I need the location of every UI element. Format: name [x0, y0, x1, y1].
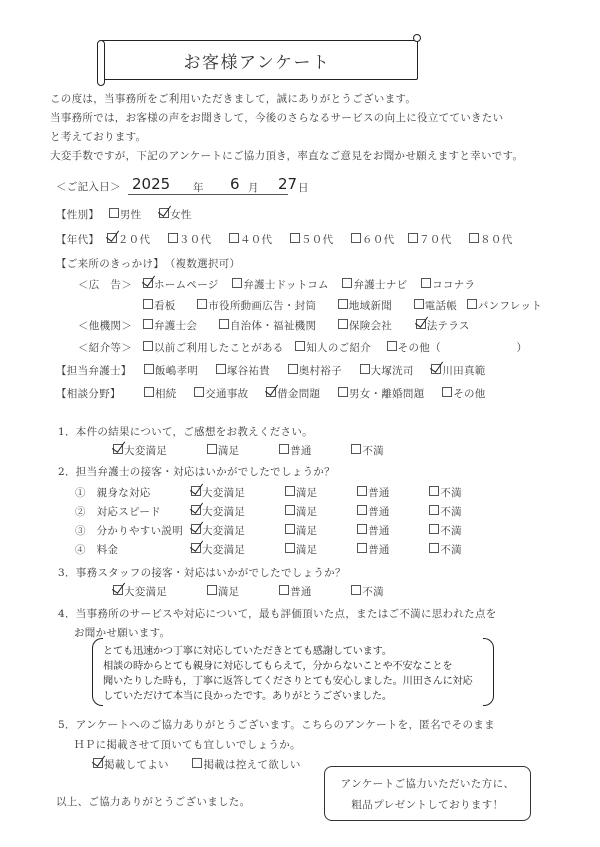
q3-option-very-satisfied[interactable]: 大変満足	[113, 584, 167, 599]
intro-line-2: 当事務所では，お客様の声をお聞きして，今後のさらなるサービスの向上に役立てていき…	[50, 110, 503, 125]
option-acquaintance[interactable]: 知人のご紹介	[295, 340, 371, 355]
checkbox[interactable]	[295, 341, 305, 351]
reason-other-org-row: 弁護士会 自治体・福祉機関 保険会社 法テラス	[143, 318, 470, 333]
reason-ad-row2: 看板 市役所動画広告・封筒 地域新聞 電話帳 パンフレット	[143, 298, 542, 313]
option-coconala[interactable]: ココナラ	[421, 277, 475, 292]
q3-option-satisfied[interactable]: 満足	[207, 584, 240, 599]
q2-r4-satisfied[interactable]: 満足	[285, 542, 318, 557]
checkbox[interactable]	[429, 524, 439, 534]
checkbox[interactable]	[219, 319, 229, 329]
reason-heading: 【ご来所のきっかけ】（複数選択可）	[56, 256, 240, 271]
checkbox-checked[interactable]	[431, 364, 441, 374]
present-line-1: アンケートご協力いただいた方に、	[325, 776, 530, 791]
checkbox[interactable]	[442, 387, 452, 397]
checkbox[interactable]	[279, 444, 289, 454]
option-previous-use[interactable]: 以前ご利用したことがある	[143, 340, 284, 355]
lawyer-option-okumura[interactable]: 奥村裕子	[288, 363, 342, 378]
checkbox-checked[interactable]	[113, 585, 123, 595]
q5-option-decline[interactable]: 掲載は控えて欲しい	[192, 757, 300, 772]
q5-question-line1: 5．アンケートへのご協力ありがとうございます。こちらのアンケートを，匿名でそのま…	[58, 717, 495, 732]
age-option-30s[interactable]: ３０代	[168, 232, 211, 247]
answer-line: とても迅速かつ丁寧に対応していただきとても感謝しています。	[103, 642, 392, 657]
q3-option-dissatisfied[interactable]: 不満	[351, 584, 384, 599]
field-label: 【相談分野】	[56, 386, 121, 401]
checkbox[interactable]	[143, 319, 153, 329]
q2-r4-neutral[interactable]: 普通	[357, 542, 390, 557]
checkbox-checked[interactable]	[191, 505, 201, 515]
date-field[interactable]: 2025 年 6 月 27 日	[128, 178, 288, 195]
checkbox-checked[interactable]	[266, 387, 276, 397]
q2-r2-satisfied[interactable]: 満足	[285, 504, 318, 519]
checkbox[interactable]	[285, 543, 295, 553]
q2-r4-dissatisfied[interactable]: 不満	[429, 542, 462, 557]
checkbox[interactable]	[109, 208, 119, 218]
checkbox[interactable]	[408, 233, 418, 243]
field-option-debt[interactable]: 借金問題	[266, 386, 320, 401]
intro-line-1: この度は，当事務所をご利用いただきまして，誠にありがとうございます。	[50, 91, 416, 106]
checkbox[interactable]	[207, 444, 217, 454]
q2-r4-very-satisfied[interactable]: 大変満足	[191, 542, 245, 557]
q4-question-line2: お聞かせ願います。	[74, 625, 170, 640]
option-pamphlet[interactable]: パンフレット	[467, 298, 542, 313]
q2-question: 2．担当弁護士の接客・対応はいかがでしたでしょうか？	[58, 464, 335, 479]
option-homepage[interactable]: ホームページ	[143, 277, 219, 292]
q2-r1-dissatisfied[interactable]: 不満	[429, 485, 462, 500]
scroll-roll-right	[413, 34, 421, 42]
checkbox[interactable]	[285, 486, 295, 496]
checkbox[interactable]	[232, 278, 242, 288]
field-option-other[interactable]: その他	[442, 386, 485, 401]
checkbox[interactable]	[429, 486, 439, 496]
gender-option-male[interactable]: 男性	[109, 207, 142, 222]
gender-section: 【性別】 男性 女性	[56, 207, 192, 222]
q1-option-very-satisfied[interactable]: 大変満足	[113, 443, 167, 458]
checkbox-checked[interactable]	[159, 208, 169, 218]
checkbox-checked[interactable]	[191, 486, 201, 496]
checkbox[interactable]	[357, 543, 367, 553]
q2-row-label: ① 親身な対応	[75, 485, 151, 500]
checkbox[interactable]	[192, 758, 202, 768]
closing-text: 以上、ご協力ありがとうございました。	[56, 794, 250, 809]
answer-line: 聞いたりした時も，丁寧に返答してくださりとても安心しました。川田さんに対応	[103, 672, 473, 687]
reason-ad-label: ＜広 告＞	[78, 277, 132, 292]
title-banner: お客様アンケート	[97, 38, 417, 83]
q2-row-label: ④ 料金	[75, 542, 118, 557]
present-notice-box: アンケートご協力いただいた方に、 粗品プレゼントしております！	[324, 766, 531, 821]
reason-other-org-label: ＜他機関＞	[78, 318, 132, 333]
date-year: 2025	[132, 175, 170, 193]
checkbox[interactable]	[357, 486, 367, 496]
q2-r1-very-satisfied[interactable]: 大変満足	[191, 485, 245, 500]
lawyer-label: 【担当弁護士】	[56, 363, 132, 378]
q2-r3-satisfied[interactable]: 満足	[285, 523, 318, 538]
option-city-hall-ad[interactable]: 市役所動画広告・封筒	[197, 298, 316, 313]
q1-options: 大変満足 満足 普通 不満	[113, 443, 384, 458]
date-label: ＜ご記入日＞	[56, 179, 121, 194]
q2-r1-satisfied[interactable]: 満足	[285, 485, 318, 500]
checkbox[interactable]	[168, 233, 178, 243]
date-day: 27	[278, 175, 297, 193]
age-option-40s[interactable]: ４０代	[229, 232, 272, 247]
checkbox[interactable]	[469, 233, 479, 243]
q2-r3-very-satisfied[interactable]: 大変満足	[191, 523, 245, 538]
age-option-20s[interactable]: ２０代	[107, 232, 150, 247]
checkbox-checked[interactable]	[93, 758, 103, 768]
checkbox[interactable]	[357, 524, 367, 534]
q2-r3-dissatisfied[interactable]: 不満	[429, 523, 462, 538]
checkbox[interactable]	[290, 233, 300, 243]
q3-option-neutral[interactable]: 普通	[279, 584, 312, 599]
q2-row-label: ③ 分かりやすい説明	[75, 523, 183, 538]
checkbox[interactable]	[194, 387, 204, 397]
option-bar-association[interactable]: 弁護士会	[143, 318, 197, 333]
checkbox[interactable]	[421, 278, 431, 288]
comment-bracket-left	[92, 638, 103, 706]
date-day-unit: 日	[298, 180, 309, 195]
checkbox[interactable]	[429, 543, 439, 553]
checkbox[interactable]	[144, 387, 154, 397]
q3-question: 3．事務スタッフの接客・対応はいかがでしたでしょうか？	[58, 565, 346, 580]
option-phonebook[interactable]: 電話帳	[414, 298, 457, 313]
checkbox[interactable]	[229, 233, 239, 243]
q2-r3-neutral[interactable]: 普通	[357, 523, 390, 538]
q1-option-dissatisfied[interactable]: 不満	[351, 443, 384, 458]
option-local-newspaper[interactable]: 地域新聞	[338, 298, 392, 313]
q2-row-options: 大変満足 満足 普通 不満	[191, 504, 462, 519]
checkbox-checked[interactable]	[113, 444, 123, 454]
checkbox[interactable]	[360, 364, 370, 374]
checkbox[interactable]	[351, 585, 361, 595]
q2-row-options: 大変満足 満足 普通 不満	[191, 542, 462, 557]
lawyer-option-iijima[interactable]: 飯嶋孝明	[144, 363, 198, 378]
lawyer-option-otsuka[interactable]: 大塚洸司	[360, 363, 414, 378]
q3-options: 大変満足 満足 普通 不満	[113, 584, 384, 599]
field-option-inheritance[interactable]: 相続	[144, 386, 177, 401]
reason-referral-row: 以前ご利用したことがある 知人のご紹介 その他（ ）	[143, 340, 527, 355]
checkbox[interactable]	[144, 364, 154, 374]
field-option-traffic-accident[interactable]: 交通事故	[194, 386, 248, 401]
checkbox[interactable]	[338, 299, 348, 309]
date-month-unit: 月	[248, 180, 259, 195]
checkbox[interactable]	[285, 524, 295, 534]
checkbox[interactable]	[288, 364, 298, 374]
checkbox-checked[interactable]	[191, 543, 201, 553]
option-insurance[interactable]: 保険会社	[338, 318, 392, 333]
q5-question-line2: ＨＰに掲載させて頂いても宜しいでしょうか。	[74, 737, 301, 752]
age-section: 【年代】 ２０代 ３０代 ４０代 ５０代 ６０代 ７０代 ８０代	[56, 232, 513, 247]
checkbox[interactable]	[207, 585, 217, 595]
age-label: 【年代】	[56, 234, 99, 246]
answer-line: していただけて本当に良かったです。ありがとうございました。	[103, 687, 392, 702]
comment-bracket-right	[483, 638, 494, 706]
age-option-60s[interactable]: ６０代	[351, 232, 394, 247]
age-option-70s[interactable]: ７０代	[408, 232, 451, 247]
checkbox-checked[interactable]	[416, 319, 426, 329]
option-municipality[interactable]: 自治体・福祉機関	[219, 318, 316, 333]
field-option-divorce[interactable]: 男女・離婚問題	[338, 386, 425, 401]
q2-r2-dissatisfied[interactable]: 不満	[429, 504, 462, 519]
checkbox[interactable]	[143, 299, 153, 309]
q5-options: 掲載してよい 掲載は控えて欲しい	[93, 757, 301, 772]
date-month: 6	[230, 175, 240, 193]
checkbox-checked[interactable]	[143, 278, 153, 288]
option-signboard[interactable]: 看板	[143, 298, 176, 313]
option-bengoshi-navi[interactable]: 弁護士ナビ	[342, 277, 407, 292]
checkbox-checked[interactable]	[191, 524, 201, 534]
checkbox[interactable]	[429, 505, 439, 515]
checkbox[interactable]	[143, 341, 153, 351]
q1-option-satisfied[interactable]: 満足	[207, 443, 240, 458]
option-bengoshi-dotcom[interactable]: 弁護士ドットコム	[232, 277, 329, 292]
q1-option-neutral[interactable]: 普通	[279, 443, 312, 458]
intro-line-3: と考えております。	[50, 129, 146, 144]
q4-question-line1: 4．当事務所のサービスや対応について，最も評価頂いた点，またはご不満に思われた点…	[58, 606, 497, 621]
q2-row-options: 大変満足 満足 普通 不満	[191, 523, 462, 538]
checkbox[interactable]	[414, 299, 424, 309]
checkbox[interactable]	[351, 233, 361, 243]
intro-line-4: 大変手数ですが，下記のアンケートにご協力頂き，率直なご意見をお聞かせ願えますと幸…	[50, 148, 523, 163]
lawyer-option-kawada[interactable]: 川田真範	[431, 363, 485, 378]
age-option-50s[interactable]: ５０代	[290, 232, 333, 247]
checkbox[interactable]	[216, 364, 226, 374]
q1-question: 1．本件の結果について，ご感想をお教えください。	[58, 424, 313, 439]
page-title: お客様アンケート	[97, 48, 417, 73]
option-other-referral[interactable]: その他（ ）	[387, 340, 528, 355]
checkbox[interactable]	[197, 299, 207, 309]
gender-option-female[interactable]: 女性	[159, 207, 192, 222]
checkbox[interactable]	[467, 299, 477, 309]
field-row: 相続 交通事故 借金問題 男女・離婚問題 その他	[144, 386, 486, 401]
answer-line: 相談の時からとても親身に対応してもらえて，分からないことや不安なことを	[103, 657, 452, 672]
q2-row-label: ② 対応スピード	[75, 504, 161, 519]
gender-label: 【性別】	[56, 209, 99, 221]
checkbox[interactable]	[338, 319, 348, 329]
checkbox[interactable]	[285, 505, 295, 515]
option-houterasu[interactable]: 法テラス	[416, 318, 470, 333]
checkbox[interactable]	[279, 585, 289, 595]
date-year-unit: 年	[193, 180, 204, 195]
checkbox[interactable]	[342, 278, 352, 288]
lawyer-row: 飯嶋孝明 塚谷祐貴 奥村裕子 大塚洸司 川田真範	[144, 363, 486, 378]
reason-ad-row1: ホームページ 弁護士ドットコム 弁護士ナビ ココナラ	[143, 277, 475, 292]
checkbox[interactable]	[387, 341, 397, 351]
q5-option-allow[interactable]: 掲載してよい	[93, 757, 169, 772]
q2-r1-neutral[interactable]: 普通	[357, 485, 390, 500]
present-line-2: 粗品プレゼントしております！	[325, 797, 530, 812]
checkbox[interactable]	[357, 505, 367, 515]
age-option-80s[interactable]: ８０代	[469, 232, 512, 247]
q2-r2-neutral[interactable]: 普通	[357, 504, 390, 519]
lawyer-option-tsukatani[interactable]: 塚谷祐貴	[216, 363, 270, 378]
q2-r2-very-satisfied[interactable]: 大変満足	[191, 504, 245, 519]
checkbox[interactable]	[338, 387, 348, 397]
checkbox-checked[interactable]	[107, 233, 117, 243]
checkbox[interactable]	[351, 444, 361, 454]
reason-referral-label: ＜紹介等＞	[78, 340, 132, 355]
q2-row-options: 大変満足 満足 普通 不満	[191, 485, 462, 500]
